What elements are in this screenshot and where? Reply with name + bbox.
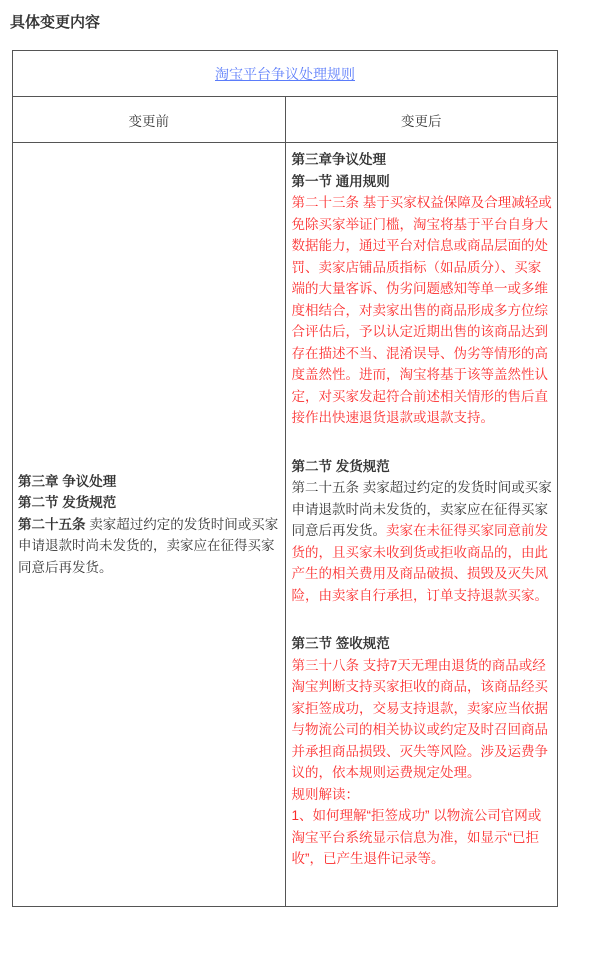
- page-title: 具体变更内容: [10, 11, 600, 32]
- after-shipping-heading: 第二节 发货规范: [292, 456, 553, 478]
- after-signoff-heading: 第三节 签收规范: [292, 633, 553, 655]
- after-clause-38-text: 第三十八条 支持7天无理由退货的商品或经淘宝判断支持买家拒收的商品，该商品经买家…: [292, 655, 553, 784]
- after-clause-23-text: 第二十三条 基于买家权益保障及合理减轻或免除买家举证门槛，淘宝将基于平台自身大数…: [292, 192, 553, 429]
- before-clause-label: 第二十五条: [18, 517, 86, 532]
- after-chapter-heading: 第三章争议处理: [292, 149, 553, 171]
- after-general-rules-section: 第三章争议处理 第一节 通用规则 第二十三条 基于买家权益保障及合理减轻或免除买…: [292, 149, 553, 429]
- column-header-row: 变更前 变更后: [13, 97, 558, 143]
- after-rule-note-label: 规则解读：: [292, 784, 553, 806]
- before-cell: 第三章 争议处理 第二节 发货规范 第二十五条 卖家超过约定的发货时间或买家申请…: [13, 143, 286, 907]
- after-signoff-section: 第三节 签收规范 第三十八条 支持7天无理由退货的商品或经淘宝判断支持买家拒收的…: [292, 633, 553, 870]
- rule-link-row: 淘宝平台争议处理规则: [13, 51, 558, 97]
- after-rule-note-item: 1、如何理解“拒签成功” 以物流公司官网或淘宝平台系统显示信息为准，如显示“已拒…: [292, 805, 553, 870]
- content-row: 第三章 争议处理 第二节 发货规范 第二十五条 卖家超过约定的发货时间或买家申请…: [13, 143, 558, 907]
- rule-link-cell: 淘宝平台争议处理规则: [13, 51, 558, 97]
- before-chapter-heading: 第三章 争议处理: [18, 471, 280, 493]
- after-shipping-section: 第二节 发货规范 第二十五条 卖家超过约定的发货时间或买家申请退款时尚未发货的，…: [292, 456, 553, 607]
- before-section-block: 第三章 争议处理 第二节 发货规范 第二十五条 卖家超过约定的发货时间或买家申请…: [18, 471, 280, 579]
- column-header-before: 变更前: [13, 97, 286, 143]
- after-general-rules-heading: 第一节 通用规则: [292, 171, 553, 193]
- rule-link[interactable]: 淘宝平台争议处理规则: [215, 66, 355, 82]
- change-table: 淘宝平台争议处理规则 变更前 变更后 第三章 争议处理 第二节 发货规范 第二十…: [12, 50, 558, 907]
- column-header-after: 变更后: [285, 97, 558, 143]
- page: 具体变更内容 淘宝平台争议处理规则 变更前 变更后 第三章 争议处理 第二节 发…: [0, 11, 600, 907]
- before-clause-paragraph: 第二十五条 卖家超过约定的发货时间或买家申请退款时尚未发货的，卖家应在征得买家同…: [18, 514, 280, 579]
- before-section-heading: 第二节 发货规范: [18, 492, 280, 514]
- after-clause-25-paragraph: 第二十五条 卖家超过约定的发货时间或买家申请退款时尚未发货的，卖家应在征得买家同…: [292, 477, 553, 606]
- after-cell: 第三章争议处理 第一节 通用规则 第二十三条 基于买家权益保障及合理减轻或免除买…: [285, 143, 558, 907]
